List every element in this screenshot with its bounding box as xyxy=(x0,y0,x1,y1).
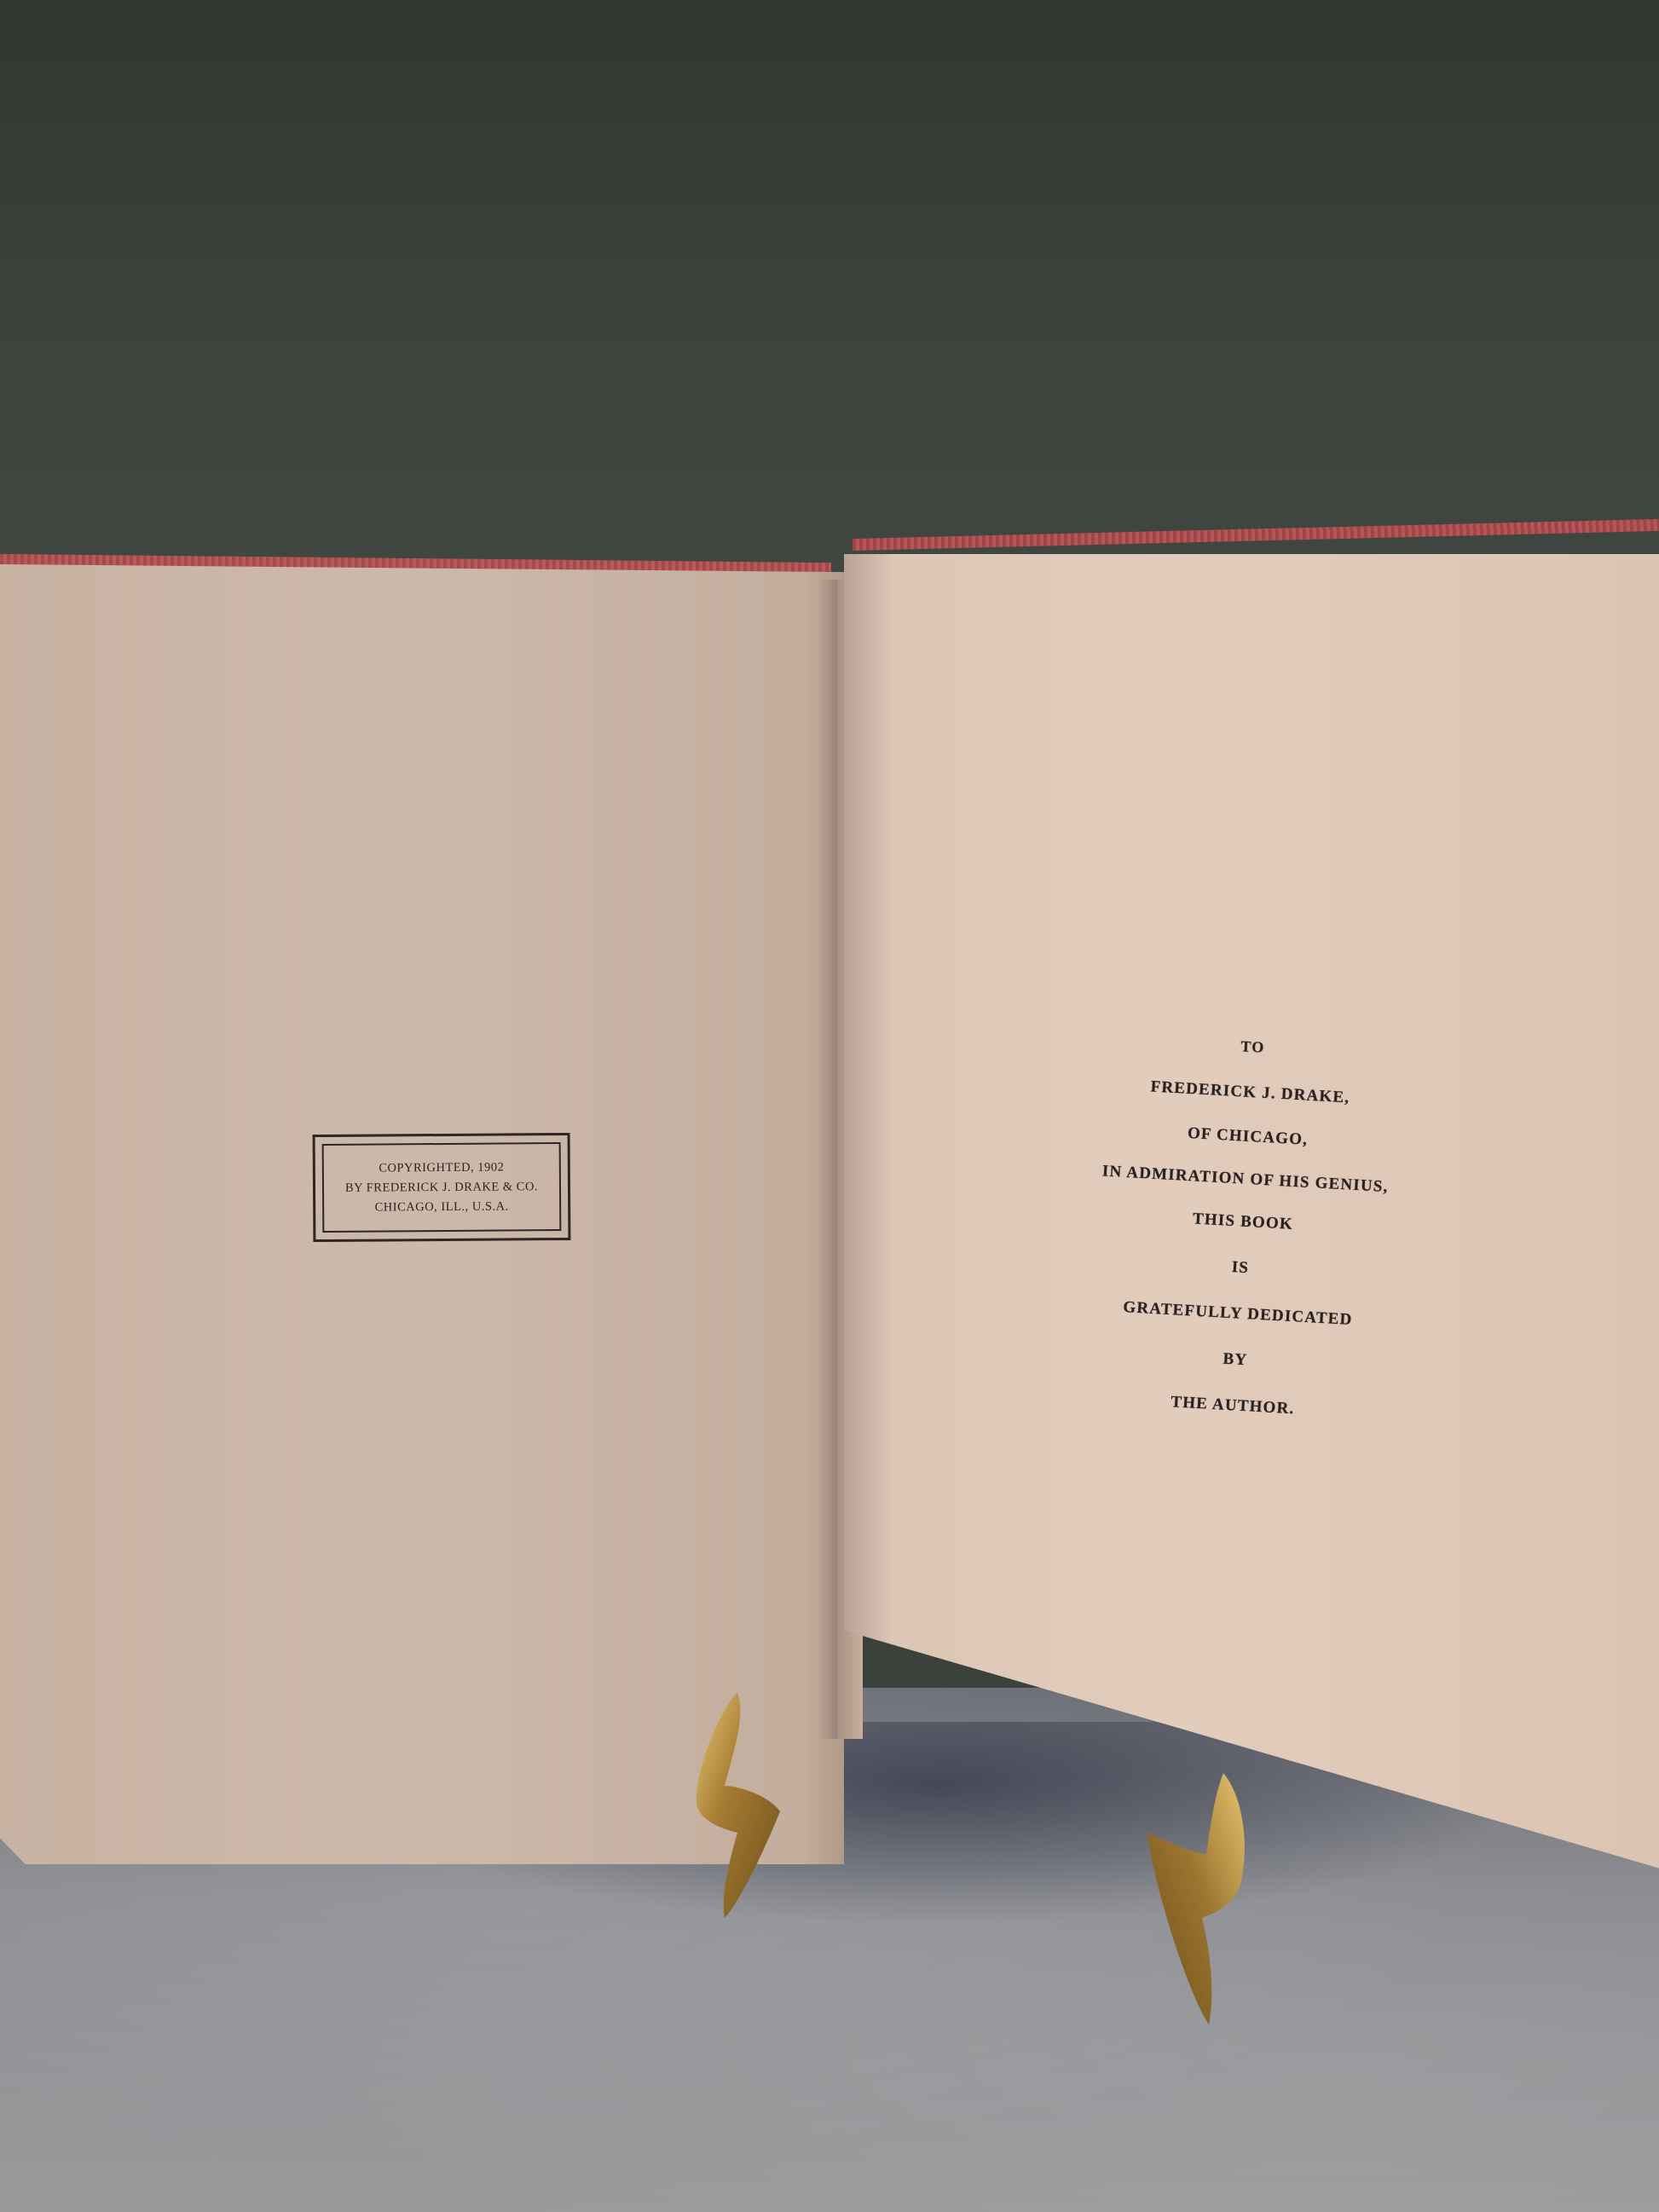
dedication-line: IS xyxy=(1231,1258,1250,1278)
dedication-line: BY xyxy=(1223,1350,1248,1371)
copyright-line: CHICAGO, ILL., U.S.A. xyxy=(375,1197,509,1217)
dedication-line: OF CHICAGO, xyxy=(1187,1124,1308,1150)
dedication-line: TO xyxy=(1240,1037,1265,1057)
brass-stand-right-foot xyxy=(1142,1773,1270,2029)
copyright-line: BY FREDERICK J. DRAKE & CO. xyxy=(345,1177,538,1198)
dedication-line: FREDERICK J. DRAKE, xyxy=(1150,1077,1350,1107)
dedication-line: GRATEFULLY DEDICATED xyxy=(1123,1298,1353,1330)
copyright-line: COPYRIGHTED, 1902 xyxy=(379,1158,504,1178)
dedication-line: IN ADMIRATION OF HIS GENIUS, xyxy=(1101,1162,1389,1197)
brass-stand-left-foot xyxy=(686,1692,789,1922)
copyright-stamp-inner-border: COPYRIGHTED, 1902 BY FREDERICK J. DRAKE … xyxy=(322,1142,562,1233)
wall-background xyxy=(0,0,1659,597)
dedication-line: THIS BOOK xyxy=(1192,1210,1293,1234)
copyright-stamp: COPYRIGHTED, 1902 BY FREDERICK J. DRAKE … xyxy=(313,1133,571,1242)
dedication-text: TO FREDERICK J. DRAKE, OF CHICAGO, IN AD… xyxy=(1037,1027,1449,1426)
